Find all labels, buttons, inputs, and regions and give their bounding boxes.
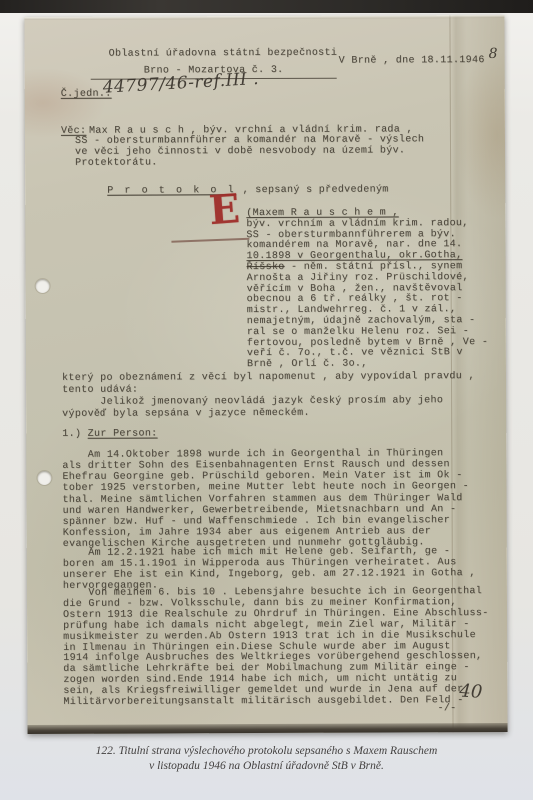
caption-line1: 122. Titulní strana výslechového protoko… [0,744,533,759]
language-note-block: Jelikož jmenovaný neovládá jazyk český p… [62,395,443,421]
protocol-title-line: P r o t o k o l , sepsaný s předvedeným [107,184,388,196]
typed-line: který po obeznámení z věcí byl napomenut… [62,371,475,385]
typed-line: výpověď byla sepsána v jazyce německém. [62,407,443,421]
german-paragraph-3: Von meinem 6. bis 10 . Lebensjahre besuc… [63,587,489,709]
punch-hole-bottom [37,471,51,485]
paper-top-edge [24,15,504,20]
handwritten-page-number: 40 [459,680,483,702]
typed-line: Jelikož jmenovaný neovládá jazyk český p… [62,395,443,409]
book-page-photo: Oblastní úřadovna státní bezpečnosti Brn… [0,0,533,800]
typed-line: Brně , Orlí č. 3o., [247,359,488,371]
german-paragraph-1: Am 14.Oktober 1898 wurde ich in Georgent… [62,448,469,550]
pencil-underline-mark [171,238,249,243]
person-description-block: (Maxem R a u s c h e m ,býv. vrchním a v… [246,208,488,371]
section-heading-prefix: 1.) [62,429,87,440]
place-and-date: V Brně , dne 18.11.1946 [339,55,485,67]
document-paper: Oblastní úřadovna státní bezpečnosti Brn… [24,15,507,734]
typed-line: Militärvorbereitungsanstalt militärisch … [63,696,489,709]
handwritten-date-digit: 8 [489,46,498,62]
red-stamp-letter-e: E [208,189,241,231]
punch-hole-top [36,279,50,293]
typed-line: ve věci jeho činnosti v době nesvobody n… [75,146,424,158]
caption-line2: v listopadu 1946 na Oblastní úřadovně St… [0,759,533,774]
section-heading: 1.) Zur Person: [62,428,157,439]
admonition-block: který po obeznámení z věcí byl napomenut… [62,371,475,397]
protocol-title-suffix: , sepsaný s předvedeným [236,184,388,196]
photo-background-band [0,0,533,13]
section-heading-text: Zur Person: [88,428,158,439]
typed-line: Protektorátu. [75,157,424,169]
subject-continuation: SS - obersturmbannführer a komandér na M… [75,135,424,169]
figure-caption: 122. Titulní strana výslechového protoko… [0,744,533,773]
continuation-mark: -/- [437,703,456,714]
